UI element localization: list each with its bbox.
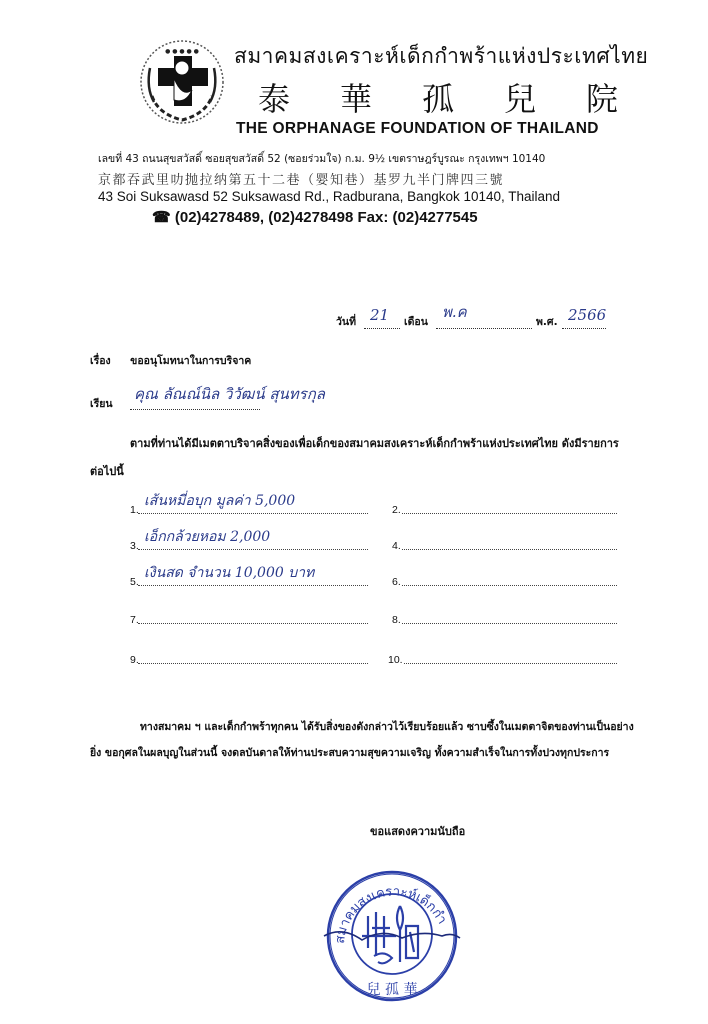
- orphanage-emblem-icon: ● ● ● ● ●: [138, 38, 226, 126]
- item-value: เส้นหมี่อบุก มูลค่า 5,000: [144, 490, 295, 512]
- org-name-chinese-char: 孤: [422, 74, 454, 120]
- org-name-chinese-char: 兒: [504, 74, 536, 120]
- org-name-chinese-char: 院: [586, 74, 618, 120]
- month-value: พ.ค: [442, 300, 467, 324]
- subject-line: เรื่อง ขออนุโมทนาในการบริจาค: [90, 352, 251, 369]
- day-value: 21: [370, 306, 389, 324]
- recipient-value: คุณ ลัณณ์นิล วิวัฒน์ สุนทรกุล: [134, 382, 325, 406]
- donation-item: 8.: [392, 604, 617, 626]
- donation-item: 4.: [392, 530, 617, 552]
- org-name-chinese: 泰 華 孤 兒 院: [258, 74, 618, 120]
- donation-item: 7.: [130, 604, 368, 626]
- intro-text-continued: ต่อไปนี้: [90, 462, 124, 480]
- month-label: เดือน: [404, 313, 428, 330]
- address-english: 43 Soi Suksawasd 52 Suksawasd Rd., Radbu…: [98, 189, 646, 204]
- address-thai: เลขที่ 43 ถนนสุขสวัสดิ์ ซอยสุขสวัสดิ์ 52…: [98, 150, 646, 167]
- donation-item: 6.: [392, 566, 617, 588]
- closing-text: ขอแสดงความนับถือ: [370, 822, 465, 840]
- recipient-field: [130, 409, 260, 410]
- body-text-continued: ยิ่ง ขอกุศลในผลบุญในส่วนนี้ จงดลบันดาลให…: [90, 744, 609, 761]
- official-seal-icon: สมาคมสงเคราะห์เด็กกำพร้า 兒 孤 華: [322, 866, 462, 1006]
- recipient-label: เรียน: [90, 395, 113, 412]
- year-value: 2566: [568, 306, 606, 324]
- donation-item: 1. เส้นหมี่อบุก มูลค่า 5,000: [130, 494, 368, 516]
- subject-value: ขออนุโมทนาในการบริจาค: [130, 355, 251, 367]
- recipient-line: เรียน คุณ ลัณณ์นิล วิวัฒน์ สุนทรกุล: [90, 388, 410, 412]
- donation-item: 3. เอ็กกล้วยหอม 2,000: [130, 530, 368, 552]
- donation-item: 5. เงินสด จำนวน 10,000 บาท: [130, 566, 368, 588]
- body-text: ทางสมาคม ฯ และเด็กกำพร้าทุกคน ได้รับสิ่ง…: [140, 718, 634, 735]
- intro-text: ตามที่ท่านได้มีเมตตาบริจาคสิ่งของเพื่อเด…: [130, 434, 619, 452]
- org-name-english: THE ORPHANAGE FOUNDATION OF THAILAND: [236, 120, 626, 138]
- year-label: พ.ศ.: [536, 313, 558, 330]
- day-field: [364, 328, 400, 329]
- item-value: เงินสด จำนวน 10,000 บาท: [144, 562, 314, 584]
- month-field: [436, 328, 532, 329]
- org-name-thai: สมาคมสงเคราะห์เด็กกำพร้าแห่งประเทศไทย: [234, 40, 634, 73]
- donation-item: 9.: [130, 644, 368, 666]
- year-field: [562, 328, 606, 329]
- subject-label: เรื่อง: [90, 355, 111, 367]
- phone-numbers: (02)4278489, (02)4278498 Fax: (02)427754…: [175, 209, 478, 226]
- org-name-chinese-char: 華: [340, 74, 372, 120]
- telephone-icon: ☎: [152, 209, 171, 226]
- date-line: วันที่ 21 เดือน พ.ค พ.ศ. 2566: [336, 308, 626, 332]
- day-label: วันที่: [336, 313, 356, 330]
- item-value: เอ็กกล้วยหอม 2,000: [144, 526, 270, 548]
- phone-fax: ☎ (02)4278489, (02)4278498 Fax: (02)4277…: [152, 208, 632, 226]
- svg-text:● ● ● ● ●: ● ● ● ● ●: [165, 48, 199, 55]
- org-name-chinese-char: 泰: [258, 74, 290, 120]
- svg-text:兒 孤 華: 兒 孤 華: [367, 981, 418, 998]
- donation-item: 2.: [392, 494, 617, 516]
- donation-item: 10.: [388, 644, 617, 666]
- address-chinese: 京都吞武里叻抛拉纳第五十二巷（婴知巷）基罗九半门牌四三號: [98, 169, 646, 188]
